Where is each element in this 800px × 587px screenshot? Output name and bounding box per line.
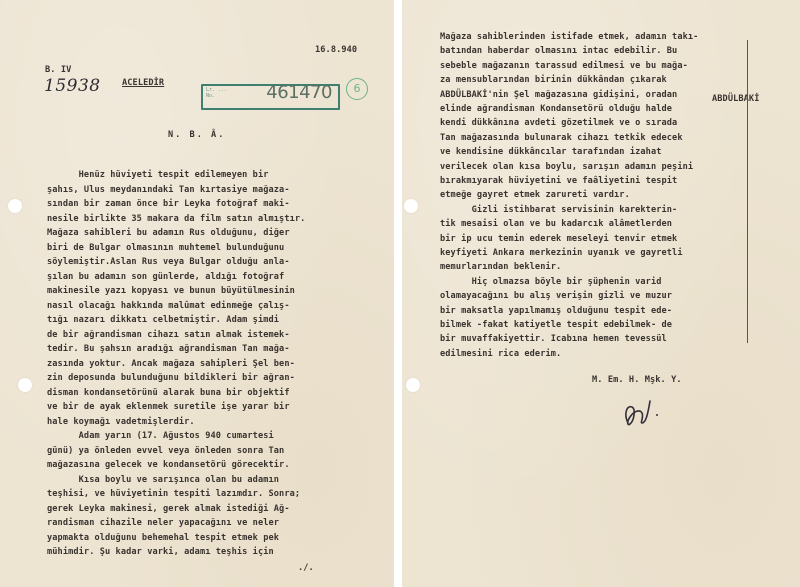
text-line: tığı nazarı dikkatı celbetmiştir. Adam ş… [47,315,279,325]
margin-note: ABDÜLBAKİ [712,94,759,104]
text-line: bırakmıyarak hüviyetini ve faâliyetini t… [440,176,677,186]
text-line: zasında yoktur. Ancak mağaza sahipleri Ş… [47,359,295,369]
text-line: za mensublarından birinin dükkândan çıka… [440,75,667,85]
text-line: tik mesaisi olan ve bu kadarcık alâmetle… [440,219,672,229]
document-page-left: 16.8.940 B. IV 15938 ACELEDİR Lr. ... No… [0,0,394,587]
registry-stamp: Lr. ... No. 461470 [201,84,340,110]
text-line: mağazasına gelecek ve kondansetörü görec… [47,460,290,470]
urgency-label: ACELEDİR [122,78,164,88]
text-line: hale koymağı vadetmişlerdir. [47,417,195,427]
punch-hole [18,378,32,392]
handwritten-signature [622,393,662,429]
text-line: sebeble mağazanın tarassud edilmesi ve b… [440,61,688,71]
text-line: bir muvaffakiyettir. Icabına hemen teves… [440,334,667,344]
text-line: makinesile yazı kopyası ve bunun büyütül… [47,286,295,296]
text-line: Tan mağazasında bulunarak cihazı tetkik … [440,133,683,143]
text-line: Henüz hüviyeti tespit edilemeyen bir [47,170,269,180]
text-line: de bir ağrandisman cihazı satın almak is… [47,330,290,340]
text-line: nasıl olacağı hakkında malûmat edinmeğe … [47,301,290,311]
handwritten-file-number: 15938 [44,76,101,96]
text-line: şılan bu adamın son günlerde, aldığı fot… [47,272,284,282]
text-line: Gizli istihbarat servisinin karekterin- [440,205,677,215]
text-line: şahıs, Ulus meydanındaki Tan kırtasiye m… [47,185,290,195]
text-line: söylemiştir.Aslan Rus veya Bulgar olduğu… [47,257,290,267]
text-line: ve bir de ayak eklenmek suretile işe yar… [47,402,290,412]
text-line: ABDÜLBAKİ'nin Şel mağazasına gidişini, o… [440,90,677,100]
margin-rule-line [747,40,748,343]
stamp-number: 461470 [266,82,332,103]
text-line: günü) ya önleden evvel veya önleden sonr… [47,446,284,456]
text-line: edilmesini rica ederim. [440,349,561,359]
text-line: Mağaza sahibleri bu adamın Rus olduğunu,… [47,228,290,238]
text-line: memurlarından beklenir. [440,262,561,272]
punch-hole [404,199,418,213]
text-line: ve kendisine dükkâncılar tarafından izah… [440,147,662,157]
text-line: biri de Bulgar olmasının muhtemel bulund… [47,243,284,253]
text-line: bir ip ucu temin ederek meseleyi tenvir … [440,234,677,244]
text-line: Adam yarın (17. Ağustos 940 cumartesi [47,431,274,441]
text-line: nesile birlikte 35 makara da film satın … [47,214,305,224]
text-line: Hiç olmazsa böyle bir şüphenin varid [440,277,662,287]
text-line: olamayacağını bu alış verişin gizli ve m… [440,291,672,301]
document-page-right: Mağaza sahiblerinden istifade etmek, ada… [402,0,800,587]
department-code: B. IV [45,65,71,75]
text-line: sından bir zaman önce bir Leyka fotoğraf… [47,199,290,209]
text-line: randisman cihazile neler yapacağını ve n… [47,518,279,528]
text-line: batından haberdar olmasını intac edebili… [440,46,677,56]
text-line: gerek Leyka makinesi, gerek almak istedi… [47,504,290,514]
text-line: Kısa boylu ve sarışınca olan bu adamın [47,475,279,485]
text-line: Mağaza sahiblerinden istifade etmek, ada… [440,32,698,42]
text-line: etmeğe gayret etmek zarureti vardır. [440,190,630,200]
text-line: bilmek -fakat katiyetle tespit edebilmek… [440,320,672,330]
text-line: keyfiyeti Ankara merkezinin uyanık ve ga… [440,248,683,258]
signature-title: M. Em. H. Mşk. Y. [592,375,682,385]
circled-page-number: 6 [346,78,368,100]
text-line: yapmakta olduğunu behemehal tespit etmek… [47,533,279,543]
text-line: zin deposunda bulunduğunu bildikleri bir… [47,373,295,383]
continuation-mark: ./. [298,563,314,573]
text-line: disman kondansetörünü alarak buna bir ob… [47,388,290,398]
punch-hole [8,199,22,213]
text-line: elinde ağrandisman Kondansetörü olduğu h… [440,104,672,114]
text-line: bir maksatla yapılmamış olduğunu tespit … [440,306,672,316]
document-date: 16.8.940 [315,45,357,55]
text-line: teşhisi, ve hüviyetinin tespiti lazımdır… [47,489,300,499]
text-line: mühimdir. Şu kadar varki, adamı teşhis i… [47,547,274,557]
text-line: kendi dükkânına avdeti gözetilmek ve o s… [440,118,677,128]
text-line: tedir. Bu şahsın aradığı ağrandisman Tan… [47,344,290,354]
stamp-label: Lr. ... No. [206,87,227,99]
text-line: verilecek olan kısa boylu, sarışın adamı… [440,162,693,172]
document-heading: N. B. Â. [168,130,225,140]
punch-hole [406,378,420,392]
